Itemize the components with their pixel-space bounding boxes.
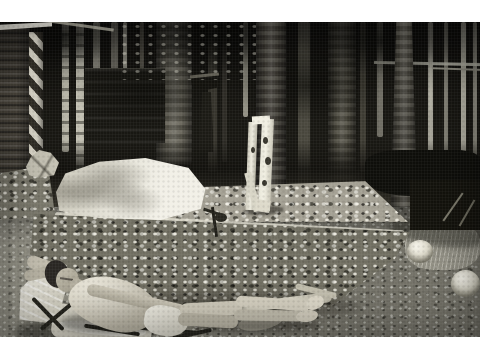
photo-page xyxy=(0,0,480,360)
photo-vignette xyxy=(0,22,480,337)
photograph xyxy=(0,22,480,337)
